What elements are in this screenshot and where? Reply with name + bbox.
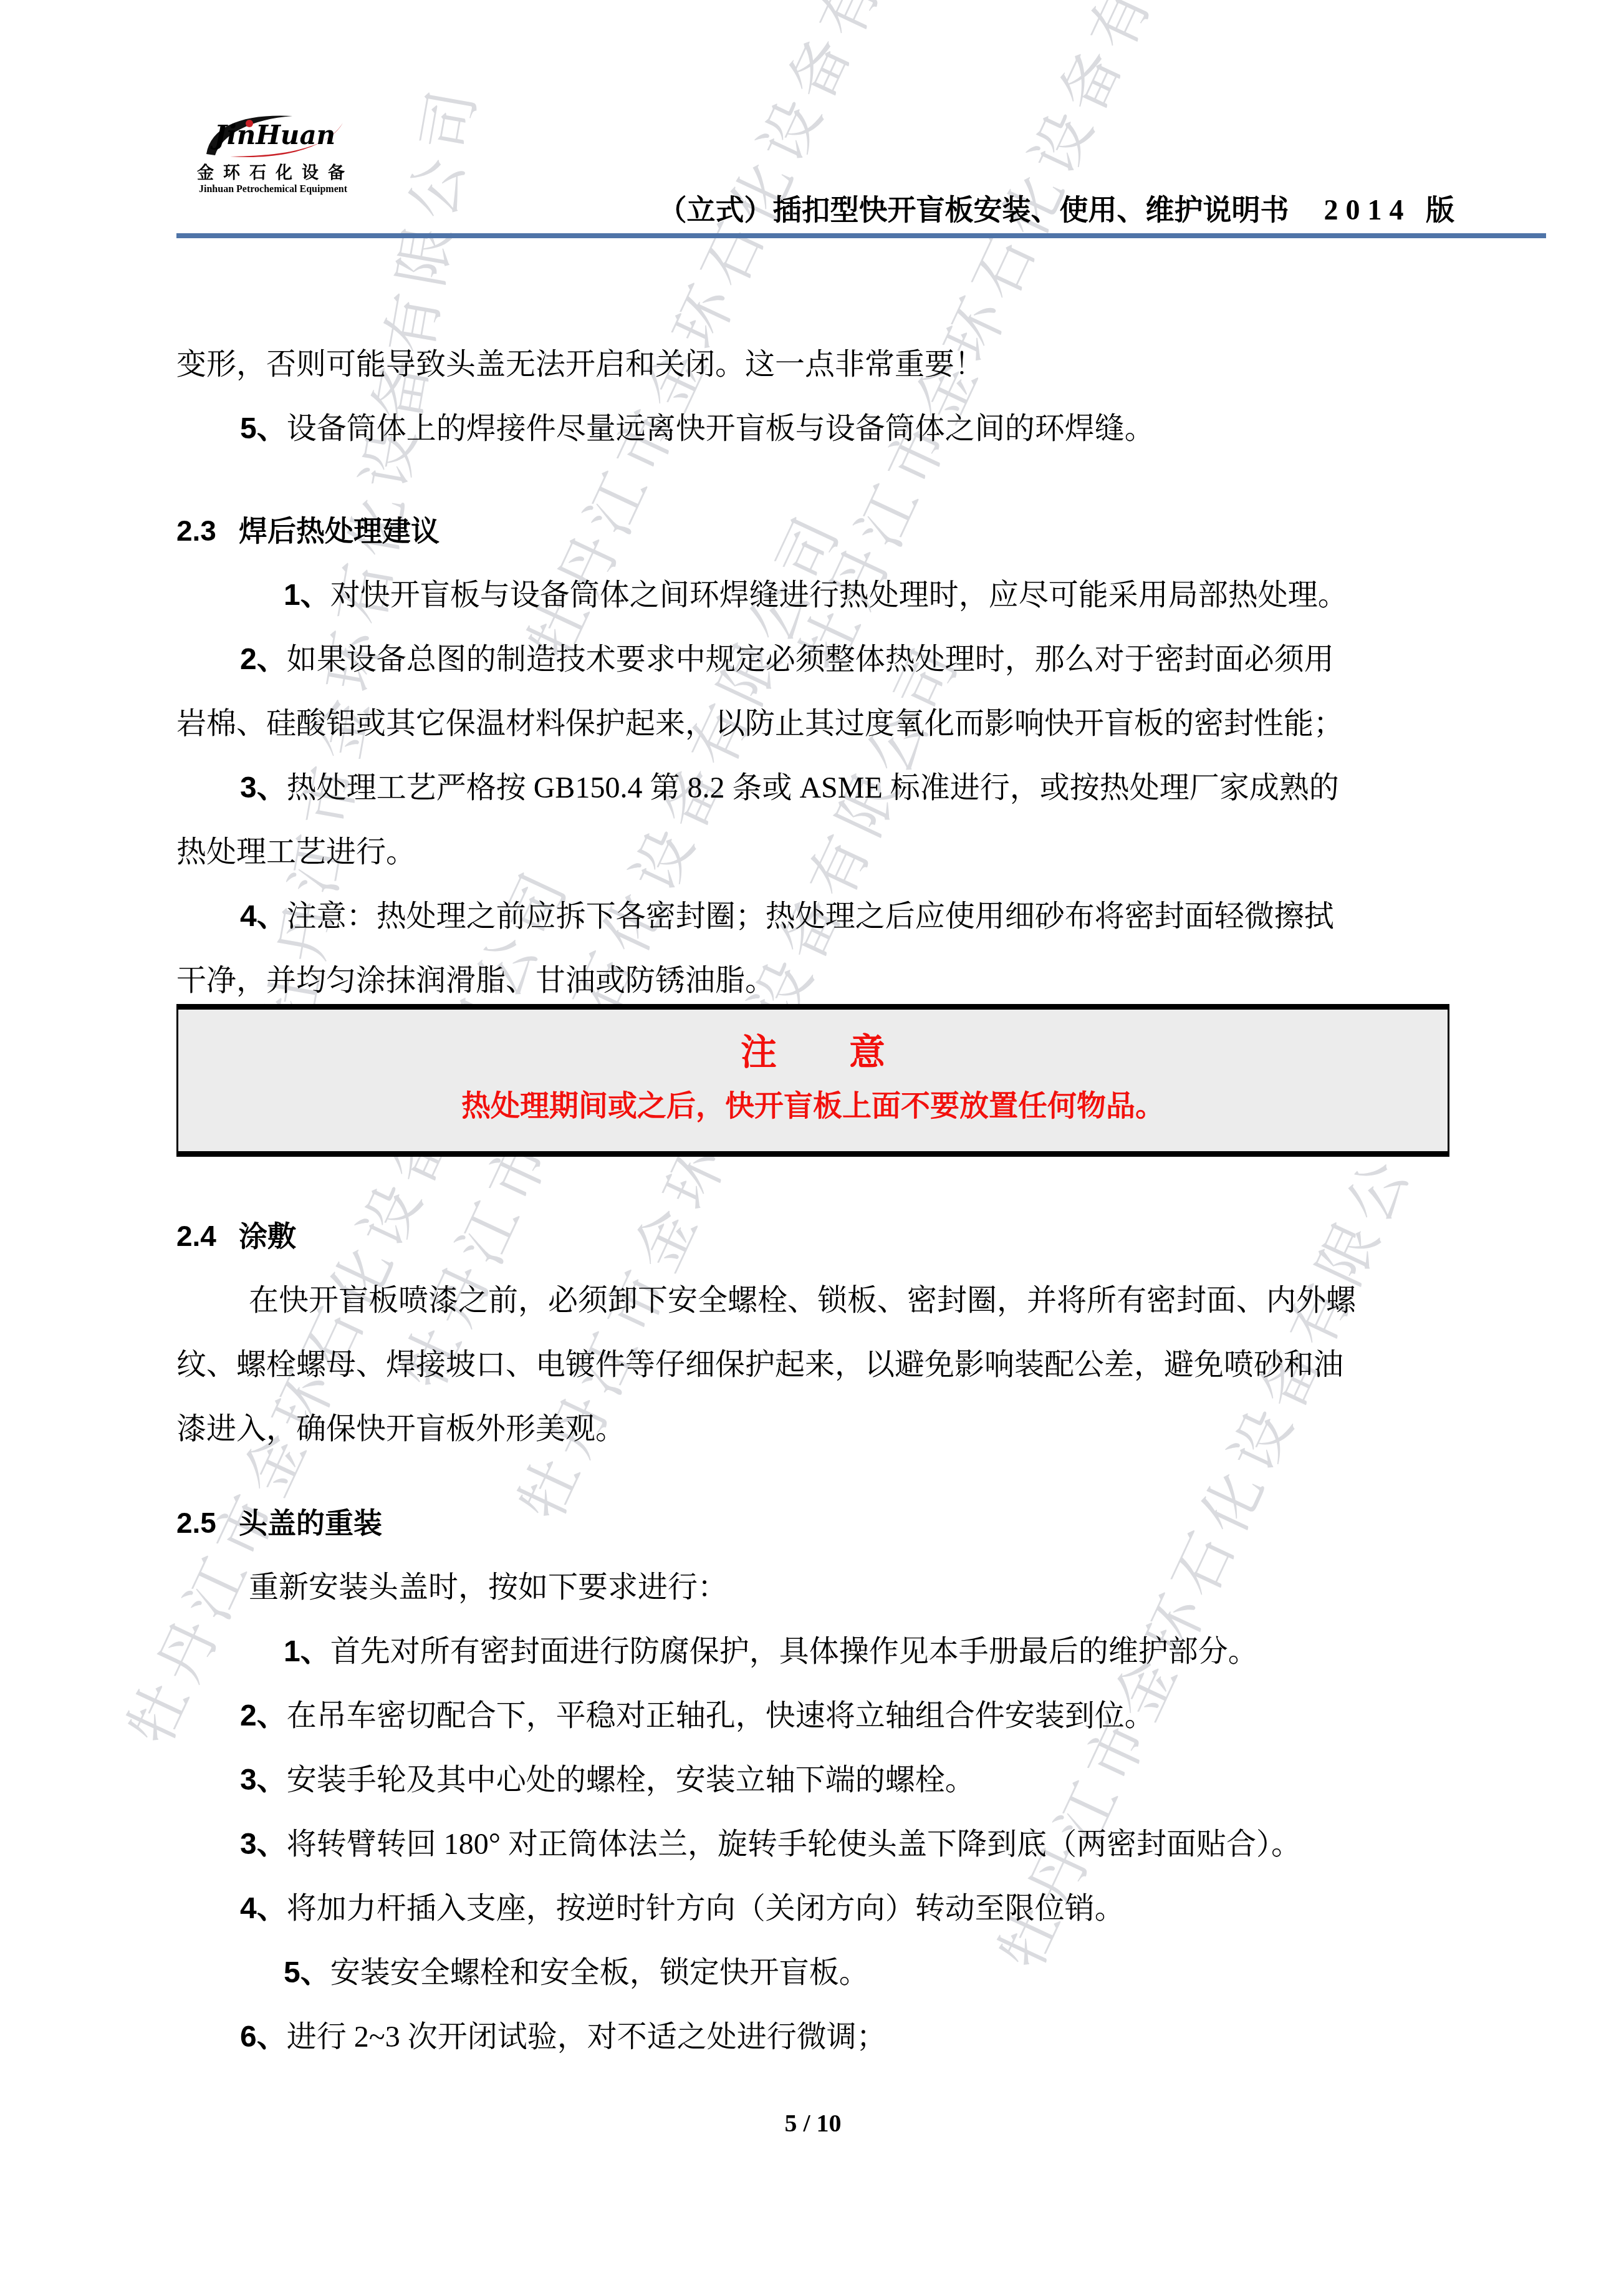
paragraph-line: 重新安装头盖时，按如下要求进行： [176, 1555, 1449, 1619]
paragraph-text: 干净，并均匀涂抹润滑脂、甘油或防锈油脂。 [176, 964, 775, 997]
list-item: 3、安装手轮及其中心处的螺栓，安装立轴下端的螺栓。 [176, 1748, 1449, 1812]
item-number: 1、 [284, 1635, 330, 1668]
paragraph-line: 漆进入，确保快开盲板外形美观。 [176, 1397, 1449, 1461]
logo-script-text: JinHuan [209, 120, 335, 150]
list-item: 3、将转臂转回 180° 对正筒体法兰，旋转手轮使头盖下降到底（两密封面贴合）。 [176, 1812, 1449, 1876]
paragraph-line: 在快开盲板喷漆之前，必须卸下安全螺栓、锁板、密封圈，并将所有密封面、内外螺 [176, 1268, 1449, 1333]
paragraph-text: 岩棉、硅酸铝或其它保温材料保护起来，以防止其过度氧化而影响快开盲板的密封性能； [176, 707, 1343, 740]
logo-chinese-name: 金环石化设备 [197, 159, 349, 183]
item-number: 5、 [240, 412, 287, 445]
item-text: 将加力杆插入支座，按逆时针方向（关闭方向）转动至限位销。 [287, 1892, 1125, 1925]
paragraph-text: 变形，否则可能导致头盖无法开启和关闭。这一点非常重要！ [176, 348, 984, 381]
list-item: 3、热处理工艺严格按 GB150.4 第 8.2 条或 ASME 标准进行，或按… [176, 756, 1449, 820]
item-number: 6、 [240, 2020, 287, 2054]
list-item: 1、首先对所有密封面进行防腐保护，具体操作见本手册最后的维护部分。 [176, 1619, 1449, 1684]
paragraph-line: 干净，并均匀涂抹润滑脂、甘油或防锈油脂。 [176, 948, 1449, 1013]
item-text: 在吊车密切配合下，平稳对正轴孔，快速将立轴组合件安装到位。 [287, 1699, 1155, 1732]
notice-box: 注 意 热处理期间或之后，快开盲板上面不要放置任何物品。 [176, 1004, 1449, 1157]
item-number: 3、 [240, 771, 287, 804]
item-text: 安装手轮及其中心处的螺栓，安装立轴下端的螺栓。 [287, 1764, 975, 1797]
logo-swoosh-graphic: JinHuan [200, 113, 347, 158]
company-logo: JinHuan 金环石化设备 Jinhuan Petrochemical Equ… [197, 113, 349, 195]
page-number: 5 / 10 [176, 2108, 1449, 2138]
paragraph-text: 热处理工艺进行。 [176, 836, 416, 869]
item-number: 3、 [240, 1828, 287, 1861]
notice-text: 热处理期间或之后，快开盲板上面不要放置任何物品。 [178, 1079, 1448, 1132]
paragraph-text: 在快开盲板喷漆之前，必须卸下安全螺栓、锁板、密封圈，并将所有密封面、内外螺 [249, 1284, 1356, 1317]
section-title: 头盖的重装 [239, 1507, 382, 1539]
section-title: 焊后热处理建议 [239, 514, 440, 547]
page-content: 变形，否则可能导致头盖无法开启和关闭。这一点非常重要！ 5、设备筒体上的焊接件尽… [176, 332, 1449, 2138]
item-number: 1、 [284, 579, 330, 612]
paragraph-line: 纹、螺栓螺母、焊接坡口、电镀件等仔细保护起来，以避免影响装配公差，避免喷砂和油 [176, 1333, 1449, 1397]
item-number: 3、 [240, 1764, 287, 1797]
list-item: 2、在吊车密切配合下，平稳对正轴孔，快速将立轴组合件安装到位。 [176, 1684, 1449, 1748]
section-number: 2.3 [176, 514, 216, 547]
item-text: 首先对所有密封面进行防腐保护，具体操作见本手册最后的维护部分。 [330, 1635, 1258, 1668]
item-text: 对快开盲板与设备筒体之间环焊缝进行热处理时，应尽可能采用局部热处理。 [330, 579, 1348, 612]
item-number: 2、 [240, 1699, 287, 1732]
item-text: 进行 2~3 次开闭试验，对不适之处进行微调； [287, 2020, 886, 2054]
paragraph-text: 漆进入，确保快开盲板外形美观。 [176, 1412, 625, 1446]
section-number: 2.5 [176, 1507, 216, 1539]
item-number: 2、 [240, 643, 287, 676]
paragraph-line: 变形，否则可能导致头盖无法开启和关闭。这一点非常重要！ [176, 332, 1449, 397]
section-heading-2-5: 2.5头盖的重装 [176, 1491, 1449, 1555]
item-text: 安装安全螺栓和安全板，锁定快开盲板。 [330, 1956, 869, 1989]
item-number: 4、 [240, 1892, 287, 1925]
paragraph-line: 岩棉、硅酸铝或其它保温材料保护起来，以防止其过度氧化而影响快开盲板的密封性能； [176, 692, 1449, 756]
list-item: 1、对快开盲板与设备筒体之间环焊缝进行热处理时，应尽可能采用局部热处理。 [176, 563, 1449, 627]
header-rule [176, 233, 1546, 238]
list-item: 6、进行 2~3 次开闭试验，对不适之处进行微调； [176, 2005, 1449, 2069]
document-title: （立式）插扣型快开盲板安装、使用、维护说明书 [658, 194, 1289, 226]
section-number: 2.4 [176, 1220, 216, 1252]
section-title: 涂敷 [239, 1220, 296, 1252]
list-item: 2、如果设备总图的制造技术要求中规定必须整体热处理时，那么对于密封面必须用 [176, 627, 1449, 692]
edition-label: 2014 版 [1324, 194, 1463, 226]
document-page: 牡丹江市金环石化设备有限公司 牡丹江市金环石化设备有限公司 牡丹江市金环石化设备… [0, 0, 1624, 2283]
section-heading-2-4: 2.4涂敷 [176, 1204, 1449, 1268]
logo-english-name: Jinhuan Petrochemical Equipment [197, 184, 349, 195]
item-text: 注意：热处理之前应拆下各密封圈；热处理之后应使用细砂布将密封面轻微擦拭 [287, 900, 1334, 933]
notice-title: 注 意 [178, 1026, 1448, 1079]
item-text: 设备筒体上的焊接件尽量远离快开盲板与设备筒体之间的环焊缝。 [287, 412, 1155, 445]
paragraph-text: 重新安装头盖时，按如下要求进行： [249, 1571, 728, 1604]
item-text: 热处理工艺严格按 GB150.4 第 8.2 条或 ASME 标准进行，或按热处… [287, 771, 1339, 804]
list-item: 5、安装安全螺栓和安全板，锁定快开盲板。 [176, 1941, 1449, 2005]
paragraph-text: 纹、螺栓螺母、焊接坡口、电镀件等仔细保护起来，以避免影响装配公差，避免喷砂和油 [176, 1348, 1343, 1381]
item-number: 4、 [240, 900, 287, 933]
section-heading-2-3: 2.3焊后热处理建议 [176, 499, 1449, 563]
paragraph-line: 热处理工艺进行。 [176, 820, 1449, 884]
item-text: 将转臂转回 180° 对正筒体法兰，旋转手轮使头盖下降到底（两密封面贴合）。 [287, 1828, 1301, 1861]
list-item: 5、设备筒体上的焊接件尽量远离快开盲板与设备筒体之间的环焊缝。 [176, 397, 1449, 461]
document-header: （立式）插扣型快开盲板安装、使用、维护说明书2014 版 [658, 187, 1463, 228]
item-number: 5、 [284, 1956, 330, 1989]
item-text: 如果设备总图的制造技术要求中规定必须整体热处理时，那么对于密封面必须用 [287, 643, 1334, 676]
list-item: 4、将加力杆插入支座，按逆时针方向（关闭方向）转动至限位销。 [176, 1876, 1449, 1941]
list-item: 4、注意：热处理之前应拆下各密封圈；热处理之后应使用细砂布将密封面轻微擦拭 [176, 884, 1449, 948]
